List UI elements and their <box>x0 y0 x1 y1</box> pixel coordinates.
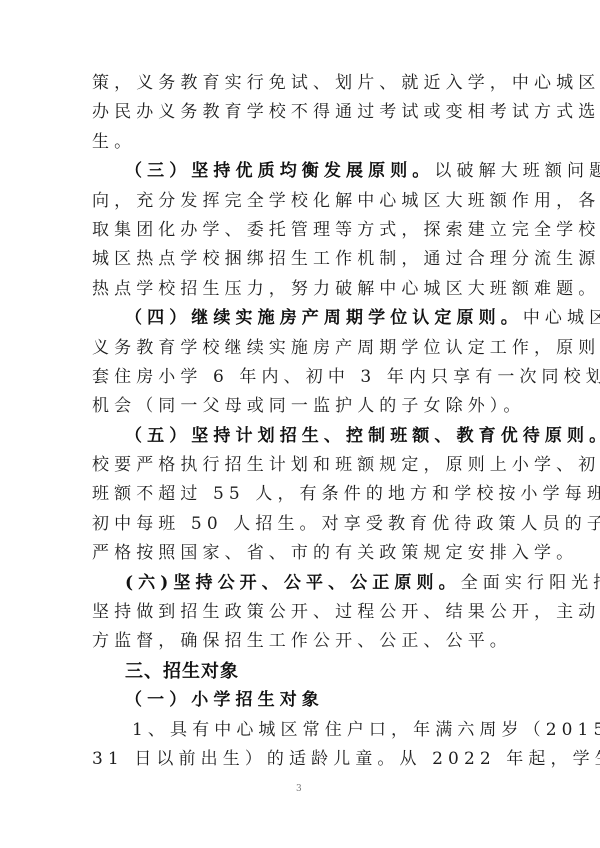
line-text: 取集团化办学、委托管理等方式，探索建立完全学校与中心 <box>92 220 600 240</box>
principle-6-title: (六)坚持公开、公平、公正原则。 <box>125 573 461 593</box>
line-text: 生。 <box>92 132 136 152</box>
body-line: 义务教育学校继续实施房产周期学位认定工作，原则上每一 <box>92 334 516 363</box>
body-line: 31 日以前出生）的适龄儿童。从 2022 年起，学生的户籍地 <box>92 745 516 774</box>
body-line: 机会（同一父母或同一监护人的子女除外）。 <box>92 392 516 421</box>
body-line: 班额不超过 55 人，有条件的地方和学校按小学每班 45 人、 <box>92 480 516 509</box>
line-text: 校要严格执行招生计划和班额规定，原则上小学、初中招生 <box>92 455 600 475</box>
line-text: 方监督，确保招生工作公开、公正、公平。 <box>92 631 512 651</box>
body-line: 取集团化办学、委托管理等方式，探索建立完全学校与中心 <box>92 216 516 245</box>
subsection-heading-line: （一）小学招生对象 <box>92 686 516 715</box>
subsection-1-heading: （一）小学招生对象 <box>125 690 324 710</box>
item-1-line: 1、具有中心城区常住户口，年满六周岁（2015 年 8 月 <box>92 716 516 745</box>
principle-6-heading-line: (六)坚持公开、公平、公正原则。全面实行阳光招生， <box>92 569 516 598</box>
line-text: 坚持做到招生政策公开、过程公开、结果公开，主动接受各 <box>92 602 600 622</box>
document-body: 策，义务教育实行免试、划片、就近入学，中心城区所有公 办民办义务教育学校不得通过… <box>92 69 516 774</box>
line-text: 策，义务教育实行免试、划片、就近入学，中心城区所有公 <box>92 73 600 93</box>
body-line: 坚持做到招生政策公开、过程公开、结果公开，主动接受各 <box>92 598 516 627</box>
line-text: 班额不超过 55 人，有条件的地方和学校按小学每班 45 人、 <box>92 484 600 504</box>
line-text: 机会（同一父母或同一监护人的子女除外）。 <box>92 396 526 416</box>
principle-4-heading-line: （四）继续实施房产周期学位认定原则。中心城区公办 <box>92 304 516 333</box>
principle-3-title: （三）坚持优质均衡发展原则。 <box>125 161 434 181</box>
principle-3-heading-line: （三）坚持优质均衡发展原则。以破解大班额问题为导 <box>92 157 516 186</box>
line-text: 办民办义务教育学校不得通过考试或变相考试方式选拔新 <box>92 102 600 122</box>
body-line: 严格按照国家、省、市的有关政策规定安排入学。 <box>92 539 516 568</box>
body-line: 热点学校招生压力，努力破解中心城区大班额难题。 <box>92 275 516 304</box>
body-line: 方监督，确保招生工作公开、公正、公平。 <box>92 627 516 656</box>
line-text: 热点学校招生压力，努力破解中心城区大班额难题。 <box>92 279 600 299</box>
page-number: 3 <box>296 784 302 794</box>
section-3-heading: 三、招生对象 <box>125 661 239 682</box>
body-line: 初中每班 50 人招生。对享受教育优待政策人员的子女，要 <box>92 510 516 539</box>
section-heading-line: 三、招生对象 <box>92 657 516 686</box>
line-text: 初中每班 50 人招生。对享受教育优待政策人员的子女，要 <box>92 514 600 534</box>
line-text: 义务教育学校继续实施房产周期学位认定工作，原则上每一 <box>92 338 600 358</box>
principle-4-title: （四）继续实施房产周期学位认定原则。 <box>125 308 523 328</box>
line-text: 向，充分发挥完全学校化解中心城区大班额作用，各区应采 <box>92 191 600 211</box>
line-text: 以破解大班额问题为导 <box>434 161 600 181</box>
body-line: 办民办义务教育学校不得通过考试或变相考试方式选拔新 <box>92 98 516 127</box>
body-line: 套住房小学 6 年内、初中 3 年内只享有一次同校划片入学的 <box>92 363 516 392</box>
document-page: 策，义务教育实行免试、划片、就近入学，中心城区所有公 办民办义务教育学校不得通过… <box>0 0 600 848</box>
body-line: 生。 <box>92 128 516 157</box>
line-text: 1、具有中心城区常住户口，年满六周岁（2015 年 8 月 <box>132 720 600 740</box>
principle-5-heading-line: （五）坚持计划招生、控制班额、教育优待原则。各学 <box>92 422 516 451</box>
line-text: 套住房小学 6 年内、初中 3 年内只享有一次同校划片入学的 <box>92 367 600 387</box>
line-text: 严格按照国家、省、市的有关政策规定安排入学。 <box>92 543 578 563</box>
principle-5-title: （五）坚持计划招生、控制班额、教育优待原则。 <box>125 426 600 446</box>
line-text: 中心城区公办 <box>523 308 600 328</box>
body-line: 策，义务教育实行免试、划片、就近入学，中心城区所有公 <box>92 69 516 98</box>
body-line: 城区热点学校捆绑招生工作机制，通过合理分流生源，化解 <box>92 245 516 274</box>
line-text: 全面实行阳光招生， <box>461 573 600 593</box>
body-line: 向，充分发挥完全学校化解中心城区大班额作用，各区应采 <box>92 187 516 216</box>
body-line: 校要严格执行招生计划和班额规定，原则上小学、初中招生 <box>92 451 516 480</box>
line-text: 31 日以前出生）的适龄儿童。从 2022 年起，学生的户籍地 <box>92 749 600 769</box>
line-text: 城区热点学校捆绑招生工作机制，通过合理分流生源，化解 <box>92 249 600 269</box>
